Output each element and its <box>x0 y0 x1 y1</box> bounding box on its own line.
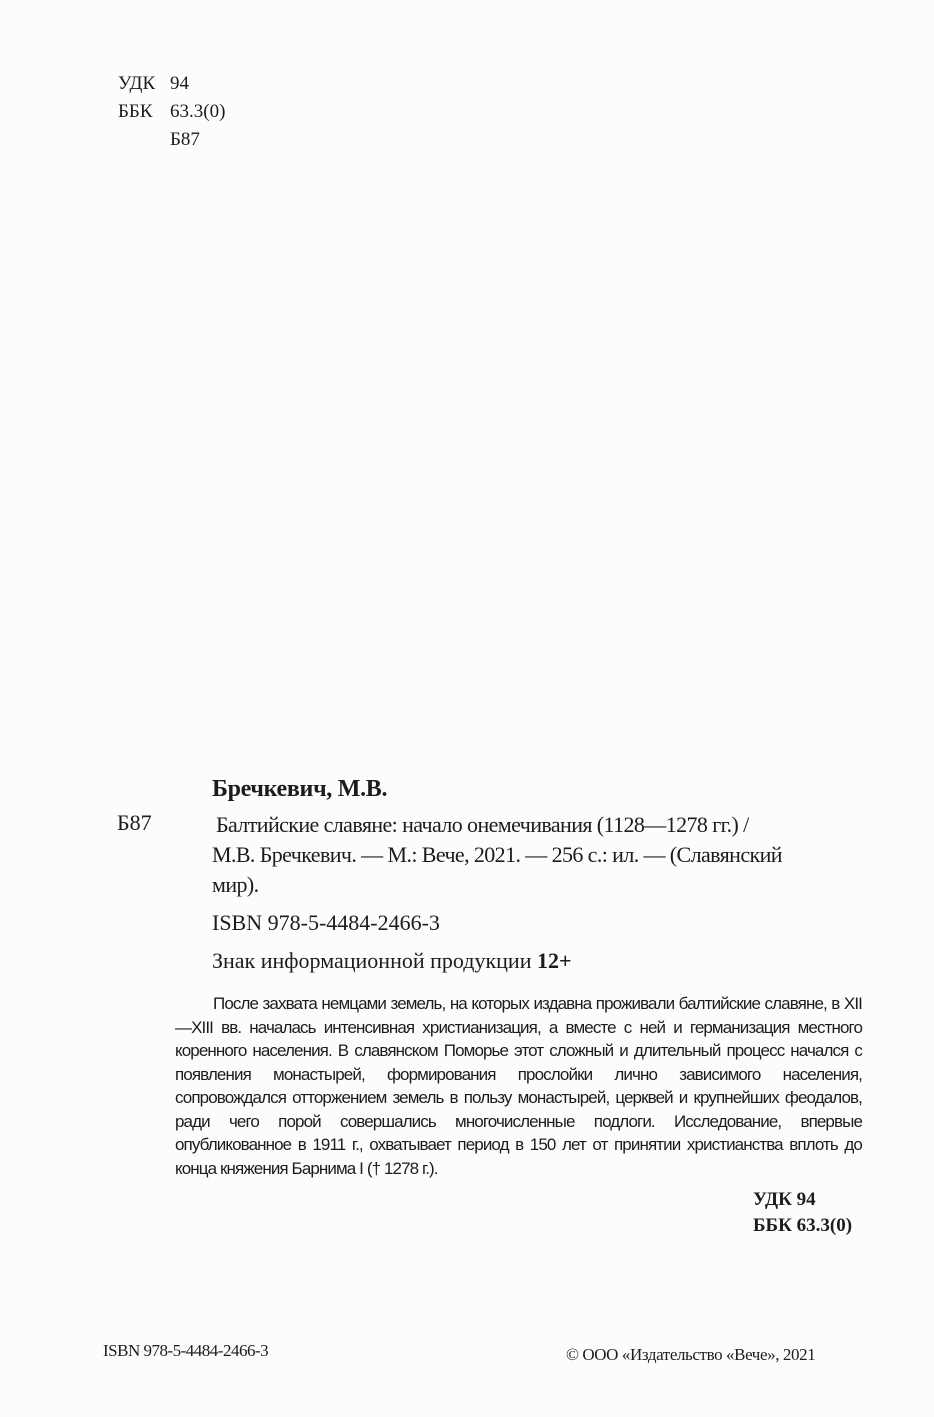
age-rating: 12+ <box>537 948 572 973</box>
bibliographic-description: Балтийские славяне: начало онемечивания … <box>212 810 872 900</box>
info-product-sign: Знак информационной продукции 12+ <box>212 948 572 974</box>
bbk-label: ББК <box>118 98 170 126</box>
bbk-value: 63.3(0) <box>170 98 225 126</box>
author-mark: Б87 <box>118 126 225 154</box>
footer-isbn: ISBN 978-5-4484-2466-3 <box>103 1341 268 1361</box>
bbk-code: ББК 63.3(0) <box>753 1213 852 1239</box>
udk-label: УДК <box>118 70 170 98</box>
bbk-row: ББК63.3(0) <box>118 98 225 126</box>
copyright: © ООО «Издательство «Вече», 2021 <box>566 1345 815 1365</box>
udk-row: УДК94 <box>118 70 225 98</box>
info-sign-label: Знак информационной продукции <box>212 948 531 973</box>
isbn: ISBN 978-5-4484-2466-3 <box>212 910 440 936</box>
author-mark-card: Б87 <box>117 810 152 836</box>
classification-codes-bottom: УДК 94 ББК 63.3(0) <box>753 1187 852 1239</box>
author-heading: Бречкевич, М.В. <box>212 776 387 803</box>
udk-code: УДК 94 <box>753 1187 852 1213</box>
udk-value: 94 <box>170 70 189 98</box>
classification-codes-top: УДК94 ББК63.3(0) Б87 <box>118 70 225 154</box>
title-line-3: мир). <box>212 870 872 900</box>
title-line-1: Балтийские славяне: начало онемечивания … <box>212 810 872 840</box>
annotation: После захвата немцами земель, на которых… <box>175 992 862 1180</box>
title-line-2: М.В. Бречкевич. — М.: Вече, 2021. — 256 … <box>212 840 872 870</box>
